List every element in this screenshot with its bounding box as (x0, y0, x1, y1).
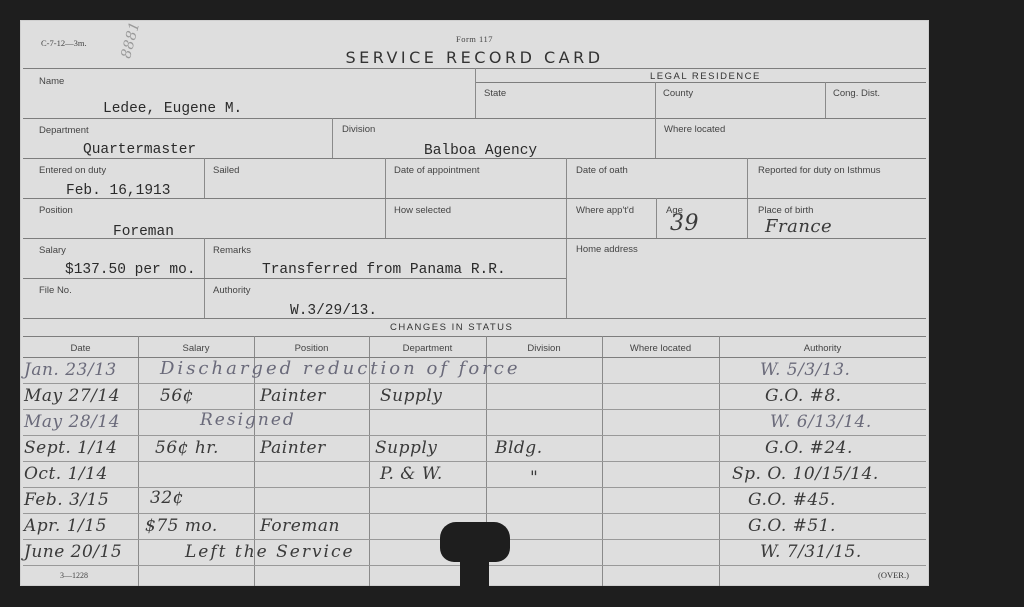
divider (656, 198, 657, 238)
row-1-position: Painter (260, 386, 326, 406)
divider (332, 118, 333, 158)
position-label: Position (39, 205, 73, 216)
row-5-date: Feb. 3/15 (24, 490, 109, 510)
name-value[interactable]: Ledee, Eugene M. (103, 101, 242, 117)
where-appointed-label: Where app't'd (576, 205, 634, 216)
row-4-date: Oct. 1/14 (24, 464, 108, 484)
row-0-authority: W. 5/3/13. (760, 360, 850, 380)
row-3-department: Supply (375, 438, 437, 458)
salary-label: Salary (39, 245, 66, 256)
divider (655, 82, 656, 118)
row-0-salary: Discharged reduction of force (160, 358, 521, 379)
col-date: Date (23, 343, 138, 354)
row-7-authority: W. 7/31/15. (760, 542, 862, 562)
row-3-authority: G.O. #24. (765, 438, 853, 458)
file-no-label: File No. (39, 285, 72, 296)
card-title: SERVICE RECORD CARD (20, 48, 929, 67)
cong-dist-label: Cong. Dist. (833, 88, 880, 99)
authority-value[interactable]: W.3/29/13. (290, 303, 377, 319)
name-label: Name (39, 76, 64, 87)
reported-for-duty-label: Reported for duty on Isthmus (758, 165, 881, 176)
form-number: Form 117 (20, 34, 929, 44)
col-department: Department (369, 343, 486, 354)
sailed-label: Sailed (213, 165, 239, 176)
divider (23, 513, 926, 514)
row-5-salary: 32¢ (150, 488, 184, 508)
authority-label: Authority (213, 285, 251, 296)
row-2-salary: Resigned (200, 410, 296, 430)
divider (23, 461, 926, 462)
col-position: Position (254, 343, 369, 354)
divider (23, 318, 926, 319)
row-4-department: P. & W. (380, 464, 443, 484)
divider (655, 118, 656, 158)
service-record-card: C-7-12—3m. 8881 Form 117 SERVICE RECORD … (20, 20, 929, 586)
col-authority: Authority (719, 343, 926, 354)
divider (23, 198, 926, 199)
county-label: County (663, 88, 693, 99)
divider (204, 158, 205, 198)
row-6-date: Apr. 1/15 (24, 516, 107, 536)
row-1-salary: 56¢ (160, 386, 194, 406)
divider (23, 118, 926, 119)
divider (23, 409, 926, 410)
department-value[interactable]: Quartermaster (83, 142, 196, 158)
row-4-authority: Sp. O. 10/15/14. (732, 464, 879, 484)
where-located-label: Where located (664, 124, 725, 135)
row-6-position: Foreman (260, 516, 340, 536)
col-division: Division (486, 343, 602, 354)
row-0-date: Jan. 23/13 (24, 360, 117, 380)
row-1-authority: G.O. #8. (765, 386, 842, 406)
bottom-code: 3—1228 (60, 571, 88, 580)
department-label: Department (39, 125, 89, 136)
row-7-date: June 20/15 (24, 542, 122, 562)
row-3-division: Bldg. (495, 438, 543, 458)
row-5-authority: G.O. #45. (748, 490, 836, 510)
divider (476, 82, 926, 83)
row-1-date: May 27/14 (24, 386, 120, 406)
home-address-label: Home address (576, 244, 638, 255)
row-3-date: Sept. 1/14 (24, 438, 117, 458)
how-selected-label: How selected (394, 205, 451, 216)
row-4-division: " (530, 468, 538, 488)
entered-on-duty-label: Entered on duty (39, 165, 106, 176)
row-3-salary: 56¢ hr. (155, 438, 219, 458)
divider (23, 336, 926, 337)
state-label: State (484, 88, 506, 99)
row-6-authority: G.O. #51. (748, 516, 836, 536)
col-where-located: Where located (602, 343, 719, 354)
row-6-salary: $75 mo. (145, 516, 218, 536)
row-2-authority: W. 6/13/14. (770, 412, 872, 432)
age-value[interactable]: 39 (670, 211, 699, 236)
remarks-label: Remarks (213, 245, 251, 256)
date-of-oath-label: Date of oath (576, 165, 628, 176)
division-label: Division (342, 124, 375, 135)
keyhole-punch-stem (460, 550, 489, 587)
division-value[interactable]: Balboa Agency (424, 143, 537, 159)
legal-residence-label: LEGAL RESIDENCE (650, 71, 761, 82)
place-of-birth-label: Place of birth (758, 205, 813, 216)
date-of-appointment-label: Date of appointment (394, 165, 480, 176)
row-3-position: Painter (260, 438, 326, 458)
over-label: (OVER.) (878, 570, 909, 580)
place-of-birth-value[interactable]: France (765, 216, 832, 237)
divider (23, 435, 926, 436)
divider (23, 383, 926, 384)
divider (23, 158, 926, 159)
row-7-salary: Left the Service (185, 542, 355, 562)
divider (825, 82, 826, 118)
remarks-value[interactable]: Transferred from Panama R.R. (262, 262, 506, 278)
entered-on-duty-value[interactable]: Feb. 16,1913 (66, 183, 170, 199)
row-2-date: May 28/14 (24, 412, 120, 432)
divider (23, 238, 926, 239)
row-1-department: Supply (380, 386, 442, 406)
salary-value[interactable]: $137.50 per mo. (65, 262, 196, 278)
changes-title: CHANGES IN STATUS (390, 322, 513, 333)
divider (475, 68, 476, 118)
col-salary: Salary (138, 343, 254, 354)
divider (23, 278, 566, 279)
